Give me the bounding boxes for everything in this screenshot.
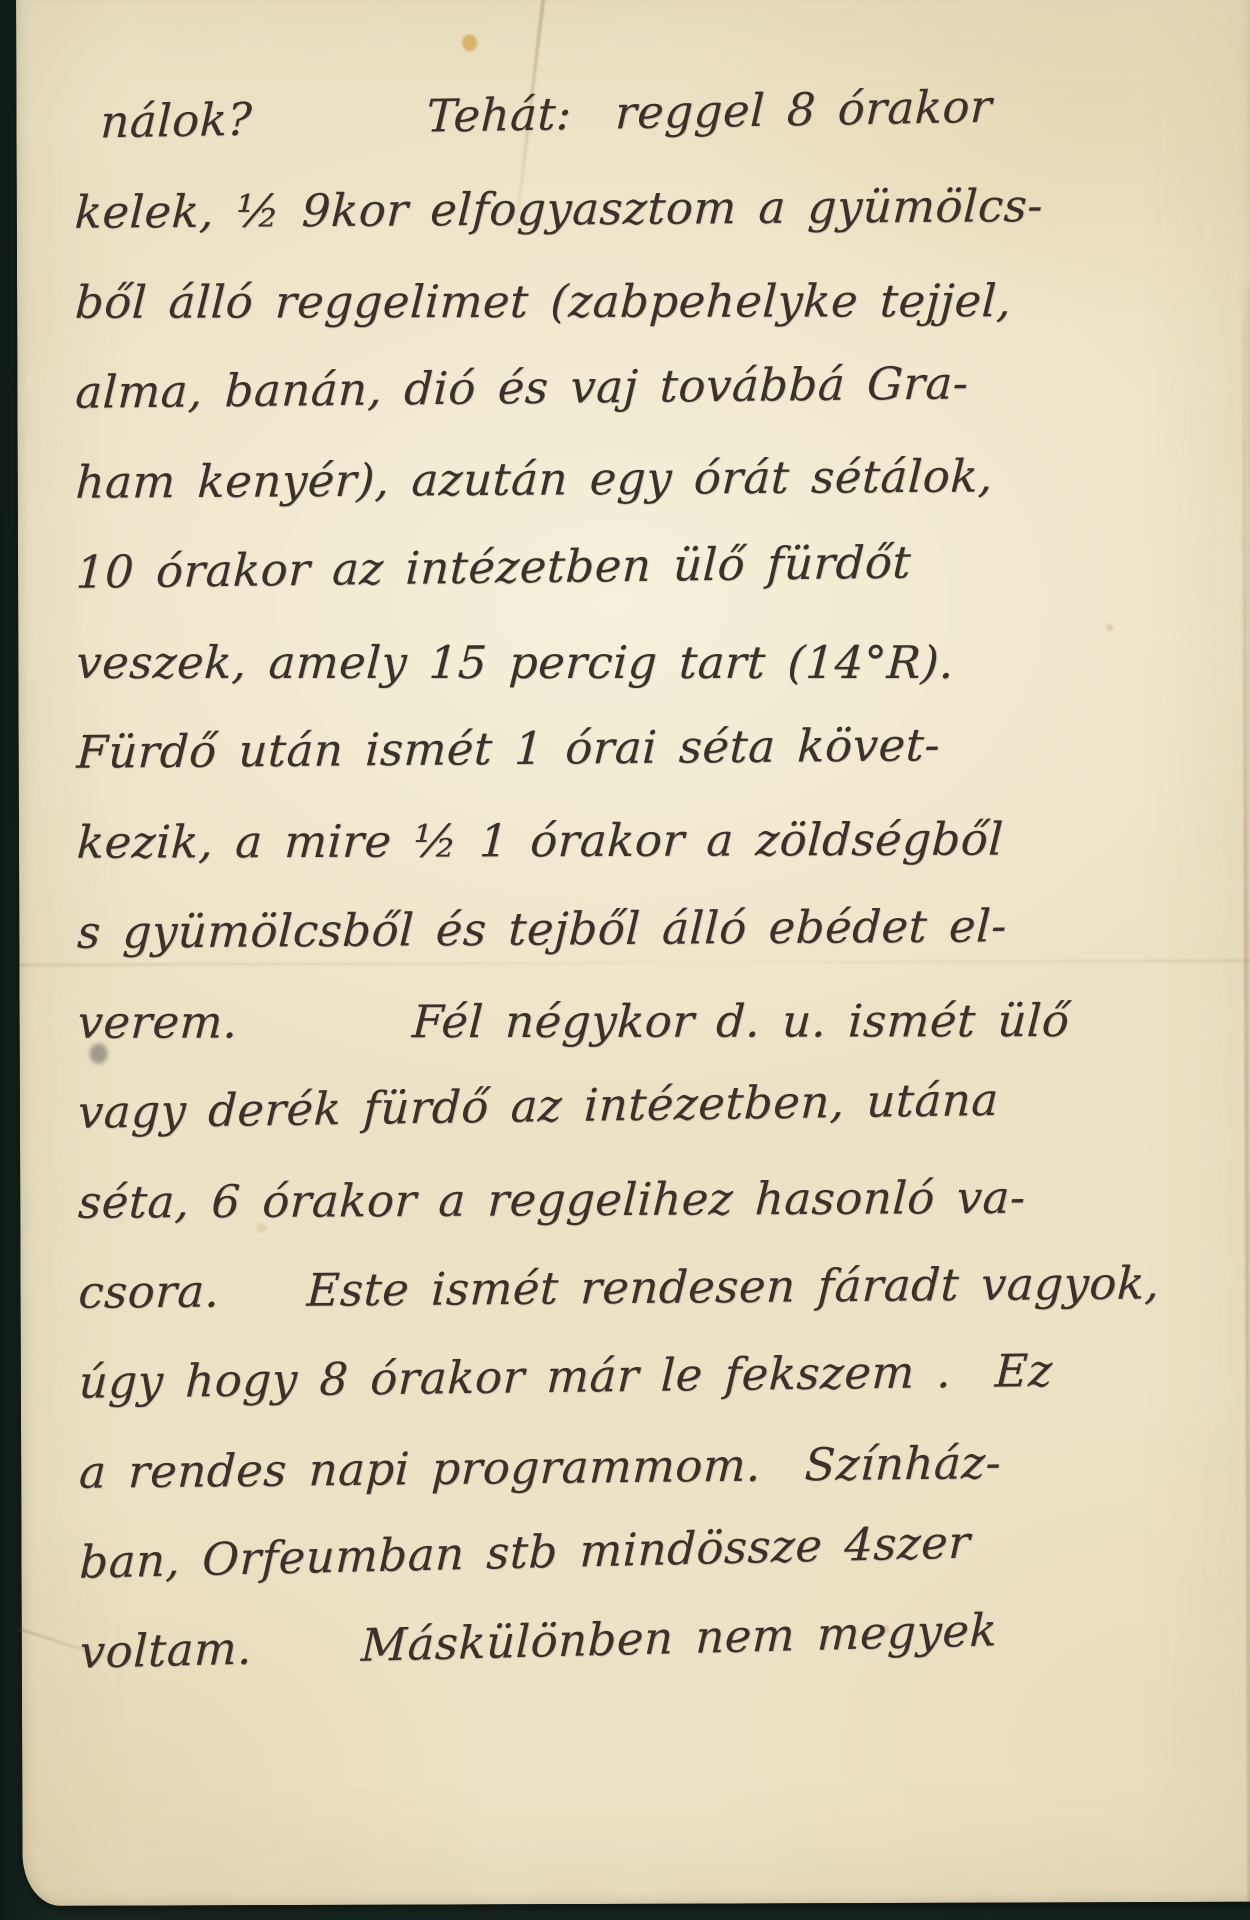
letter-line: nálok? Tehát: reggel 8 órakor xyxy=(73,58,1222,168)
letter-line: Fürdő után ismét 1 órai séta követ- xyxy=(75,698,1225,798)
paper-crease xyxy=(1242,318,1250,1902)
letter-line: 10 órakor az intézetben ülő fürdőt xyxy=(74,514,1224,618)
letter-line: ből álló reggelimet (zabpehelyke tejjel, xyxy=(73,256,1224,348)
letter-line: ham kenyér), azután egy órát sétálok, xyxy=(74,430,1224,528)
letter-line: kelek, ½ 9kor elfogyasztom a gyümölcs- xyxy=(73,160,1223,258)
stain-spot xyxy=(462,34,477,51)
letter-text: nálok? Tehát: reggel 8 órakor kelek, ½ 9… xyxy=(74,74,1226,1698)
letter-line: csora. Este ismét rendesen fáradt vagyok… xyxy=(77,1238,1227,1338)
letter-line: úgy hogy 8 órakor már le fekszem . Ez xyxy=(77,1324,1227,1428)
letter-line: alma, banán, dió és vaj továbbá Gra- xyxy=(74,336,1224,438)
letter-page: nálok? Tehát: reggel 8 órakor kelek, ½ 9… xyxy=(16,0,1250,1906)
letter-line: vagy derék fürdő az intézetben, utána xyxy=(76,1052,1225,1158)
letter-line: kezik, a mire ½ 1 órakor a zöldségből xyxy=(75,794,1225,888)
letter-line: veszek, amely 15 percig tart (14°R). xyxy=(74,618,1225,708)
letter-line: s gyümölcsből és tejből álló ebédet el- xyxy=(75,880,1225,978)
scanner-background: nálok? Tehát: reggel 8 órakor kelek, ½ 9… xyxy=(0,0,1250,1920)
letter-line: séta, 6 órakor a reggelihez hasonló va- xyxy=(76,1152,1226,1248)
paper-fold-shadow xyxy=(1239,288,1250,1902)
